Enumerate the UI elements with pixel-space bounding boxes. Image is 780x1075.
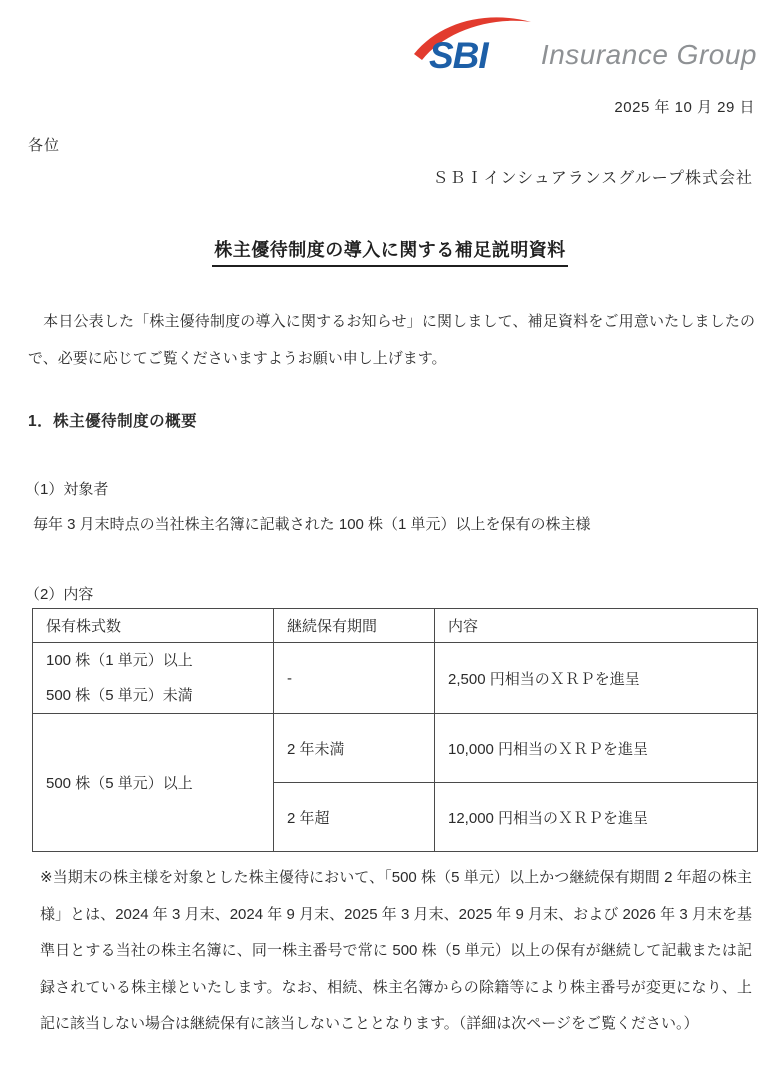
benefit-table: 保有株式数 継続保有期間 内容 100 株（1 単元）以上 500 株（5 単元… [32,608,758,852]
document-page: SBI Insurance Group 2025 年 10 月 29 日 各位 … [0,0,780,1075]
header-period: 継続保有期間 [274,609,435,643]
logo-group-text: Insurance Group [532,41,757,72]
sbi-logo-mark: SBI [414,14,532,72]
cell-period-tier2a: 2 年未満 [274,714,435,783]
table-row: 500 株（5 単元）以上 2 年未満 10,000 円相当のＸＲＰを進呈 [33,714,758,783]
cell-benefit-tier2b: 12,000 円相当のＸＲＰを進呈 [435,783,758,852]
shares-tier1-line1: 100 株（1 単元）以上 [46,643,265,678]
addressee: 各位 [28,134,60,155]
section-1-heading: 1．株主優待制度の概要 [28,409,197,431]
footnote-paragraph: ※当期末の株主様を対象とした株主優待において、「500 株（5 単元）以上かつ継… [40,860,752,1043]
cell-shares-tier1: 100 株（1 単元）以上 500 株（5 単元）未満 [33,643,274,714]
logo-sbi-text: SBI [429,35,489,72]
cell-benefit-tier1: 2,500 円相当のＸＲＰを進呈 [435,643,758,714]
section-1-item-1-text: 毎年 3 月末時点の当社株主名簿に記載された 100 株（1 単元）以上を保有の… [33,513,591,534]
table-header-row: 保有株式数 継続保有期間 内容 [33,609,758,643]
intro-paragraph: 本日公表した「株主優待制度の導入に関するお知らせ」に関しまして、補足資料をご用意… [28,303,755,377]
document-title: 株主優待制度の導入に関する補足説明資料 [0,236,780,267]
section-1-item-2-label: （2）内容 [25,583,93,604]
header-content: 内容 [435,609,758,643]
table-row: 100 株（1 単元）以上 500 株（5 単元）未満 - 2,500 円相当の… [33,643,758,714]
header-shares: 保有株式数 [33,609,274,643]
document-title-text: 株主優待制度の導入に関する補足説明資料 [212,236,568,267]
sbi-logo: SBI Insurance Group [414,14,757,72]
cell-benefit-tier2a: 10,000 円相当のＸＲＰを進呈 [435,714,758,783]
cell-shares-tier2: 500 株（5 単元）以上 [33,714,274,852]
section-1-item-1-label: （1）対象者 [25,478,108,499]
shares-tier1-line2: 500 株（5 単元）未満 [46,678,265,713]
document-date: 2025 年 10 月 29 日 [614,96,755,117]
cell-period-tier2b: 2 年超 [274,783,435,852]
cell-period-tier1: - [274,643,435,714]
company-name: ＳＢＩインシュアランスグループ株式会社 [432,165,753,188]
